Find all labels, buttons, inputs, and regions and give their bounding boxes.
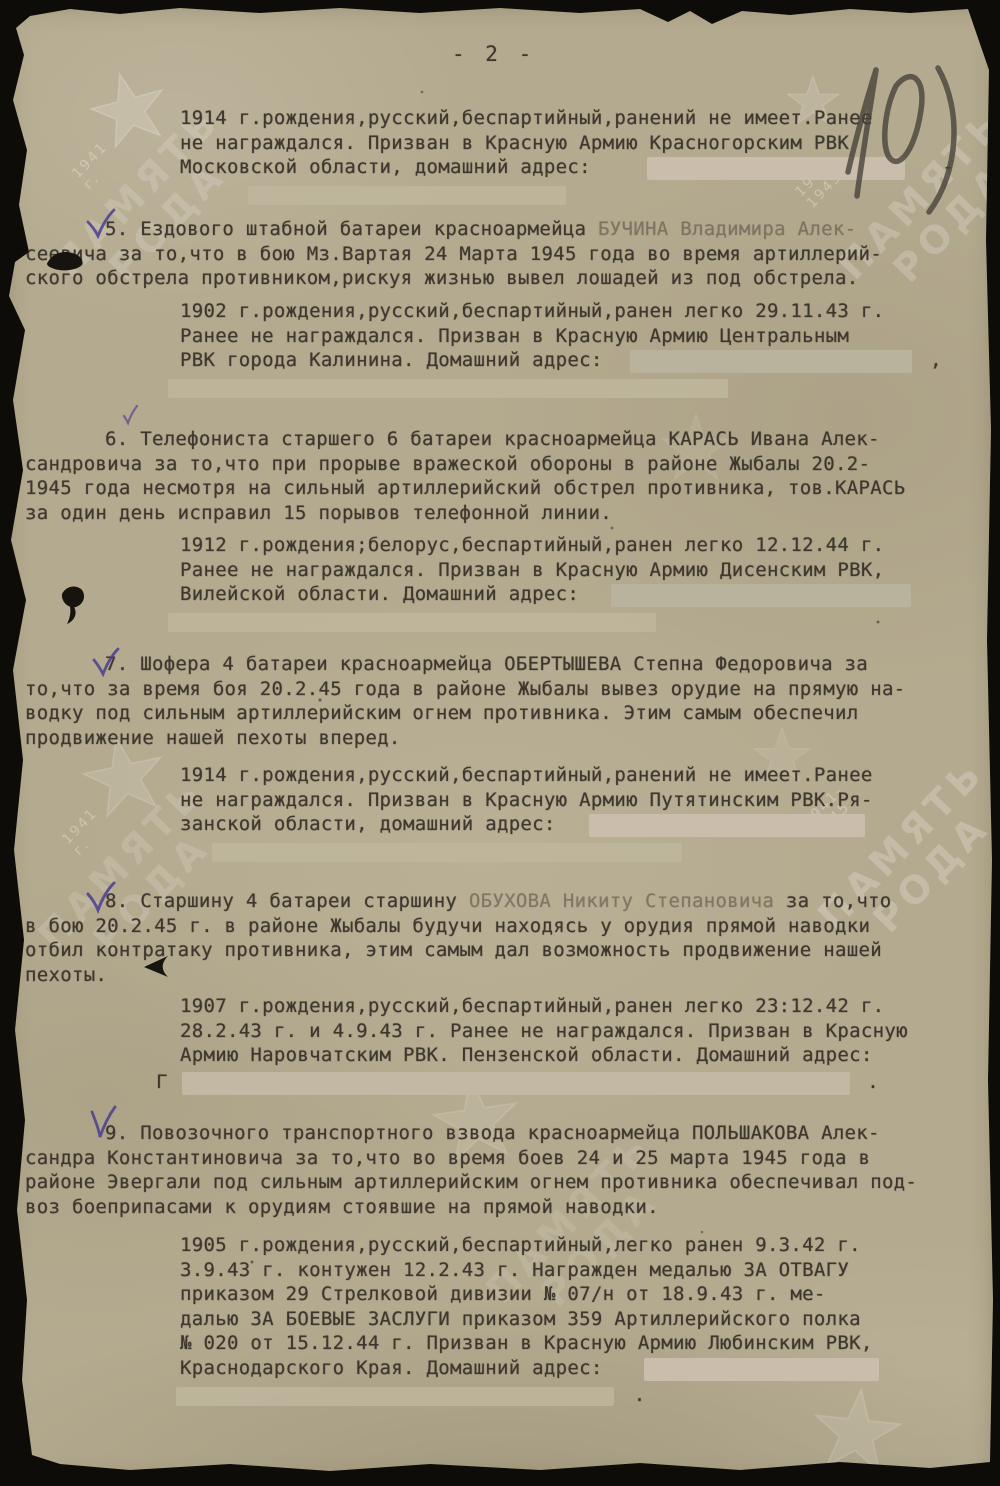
typed-char: .: [867, 1071, 879, 1093]
redaction-bar: [168, 379, 728, 398]
redaction-bar: [182, 1072, 850, 1095]
awardee-name: БУЧИНА Владимира Алек-: [598, 218, 856, 240]
typed-line: Г .: [180, 1070, 908, 1095]
typed-line: [180, 182, 954, 207]
typed-line: 1914 г.рождения,русский,беспартийный,ран…: [180, 106, 954, 131]
typed-line: Армию Наровчатским РВК. Пензенской облас…: [180, 1043, 908, 1068]
typed-line: № 020 от 15.12.44 г. Призван в Красную А…: [180, 1331, 879, 1356]
typed-line: Ранее не награждался. Призван в Красную …: [180, 558, 911, 583]
redaction-bar: [611, 584, 911, 607]
typed-line: [180, 839, 873, 864]
typed-line: в бою 20.2.45 г. в районе Жыбалы будучи …: [25, 914, 892, 939]
typed-line: не награждался. Призван в Красную Армию …: [180, 788, 873, 813]
typed-paragraph: 1914 г.рождения,русский,беспартийный,ран…: [180, 106, 954, 206]
redaction-bar: [589, 814, 865, 837]
typed-line: далью ЗА БОЕВЫЕ ЗАСЛУГИ приказом 359 Арт…: [180, 1307, 879, 1332]
typed-line: 1905 г.рождения,русский,беспартийный,лег…: [180, 1233, 879, 1258]
redaction-bar: [630, 350, 912, 373]
typed-line: воз боеприпасами к орудиям стоявшие на п…: [25, 1195, 917, 1220]
typed-line: 1912 г.рождения;белорус,беспартийный,ран…: [180, 533, 911, 558]
typed-line: Ранее не награждался. Призван в Красную …: [180, 324, 942, 349]
typed-char: -: [942, 156, 954, 178]
star-icon: [81, 61, 177, 157]
typed-line: РВК города Калинина. Домашний адрес: ,: [180, 348, 942, 373]
award-entry: 7. Шофера 4 батареи красноармейца ОБЕРТЫ…: [25, 652, 905, 750]
redaction-bar: [176, 1387, 614, 1406]
typed-line: Краснодарского Края. Домашний адрес:: [180, 1356, 879, 1381]
typed-line: 1902 г.рождения,русский,беспартийный,ран…: [180, 299, 942, 324]
typed-line: занской области, домашний адрес:: [180, 812, 873, 837]
typed-line: Московской области, домашний адрес: -: [180, 155, 954, 180]
typed-line: за один день исправил 15 порывов телефон…: [25, 501, 905, 526]
typed-line: [180, 375, 942, 400]
typed-line: отбил контратаку противника, этим самым …: [25, 938, 892, 963]
redaction-bar: [647, 157, 905, 180]
typed-line: сандра Константиновича за то,что во врем…: [25, 1146, 917, 1171]
typed-line: сандровича за то,что при прорыве вражеск…: [25, 452, 905, 477]
typed-line: то,что за время боя 20.2.45 года в район…: [25, 677, 905, 702]
typed-line: ского обстрела противником,рискуя жизнью…: [25, 266, 882, 291]
typed-line: [180, 609, 911, 634]
typed-line: 8. Старшину 4 батареи старшину ОБУХОВА Н…: [25, 889, 892, 914]
paper-sheet: 1941 г. ПАМЯТЬ РОДА 1941-1945 ПАМЯТЬ РОД…: [0, 0, 1000, 1486]
awardee-name: ОБУХОВА Никиту Степановича: [469, 890, 774, 912]
watermark-years: 1941 г.: [69, 139, 122, 193]
redaction-bar: [248, 186, 566, 205]
typed-line: 3.9.43 г. контужен 12.2.43 г. Награжден …: [180, 1258, 879, 1283]
typed-line: приказом 29 Стрелковой дивизии № 07/н от…: [180, 1282, 879, 1307]
page-number: - 2 -: [452, 42, 535, 66]
typed-char: Г: [156, 1071, 168, 1093]
typed-line: 1945 года несмотря на сильный артиллерий…: [25, 476, 905, 501]
award-entry: 5. Ездового штабной батареи красноармейц…: [25, 217, 882, 291]
typed-line: пехоты.: [25, 963, 892, 988]
typed-line: районе Эвергали под сильным артиллерийск…: [25, 1170, 917, 1195]
typed-line: водку под сильным артиллерийским огнем п…: [25, 701, 905, 726]
typed-line: 6. Телефониста старшего 6 батареи красно…: [25, 427, 905, 452]
redaction-bar: [644, 1358, 879, 1381]
typed-line: .: [180, 1383, 879, 1408]
scanned-document: 1941 г. ПАМЯТЬ РОДА 1941-1945 ПАМЯТЬ РОД…: [0, 0, 1000, 1486]
typed-paragraph: 1907 г.рождения,русский,беспартийный,ран…: [180, 994, 908, 1094]
redaction-bar: [212, 843, 682, 862]
typed-paragraph: 1912 г.рождения;белорус,беспартийный,ран…: [180, 533, 911, 633]
typed-line: 7. Шофера 4 батареи красноармейца ОБЕРТЫ…: [25, 652, 905, 677]
typed-paragraph: 1902 г.рождения,русский,беспартийный,ран…: [180, 299, 942, 399]
typed-line: не награждался. Призван в Красную Армию …: [180, 131, 954, 156]
typed-line: 28.2.43 г. и 4.9.43 г. Ранее не награжда…: [180, 1019, 908, 1044]
watermark-years: 1941 г.: [59, 805, 112, 859]
typed-line: 9. Повозочного транспортного взвода крас…: [25, 1121, 917, 1146]
typed-char: ,: [930, 349, 942, 371]
typed-paragraph: 1914 г.рождения,русский,беспартийный,ран…: [180, 763, 873, 863]
typed-paragraph: 1905 г.рождения,русский,беспартийный,лег…: [180, 1233, 879, 1407]
typed-line: продвижение нашей пехоты вперед.: [25, 726, 905, 751]
typed-char: .: [634, 1384, 646, 1406]
award-entry: 6. Телефониста старшего 6 батареи красно…: [25, 427, 905, 525]
typed-line: 1914 г.рождения,русский,беспартийный,ран…: [180, 763, 873, 788]
redaction-bar: [168, 613, 656, 632]
typed-line: 5. Ездового штабной батареи красноармейц…: [25, 217, 882, 242]
award-entry: 9. Повозочного транспортного взвода крас…: [25, 1121, 917, 1219]
typed-line: 1907 г.рождения,русский,беспартийный,ран…: [180, 994, 908, 1019]
typed-line: сеевича за то,что в бою Мз.Вартая 24 Мар…: [25, 242, 882, 267]
typed-line: Вилейской области. Домашний адрес:: [180, 582, 911, 607]
award-entry: 8. Старшину 4 батареи старшину ОБУХОВА Н…: [25, 889, 892, 987]
